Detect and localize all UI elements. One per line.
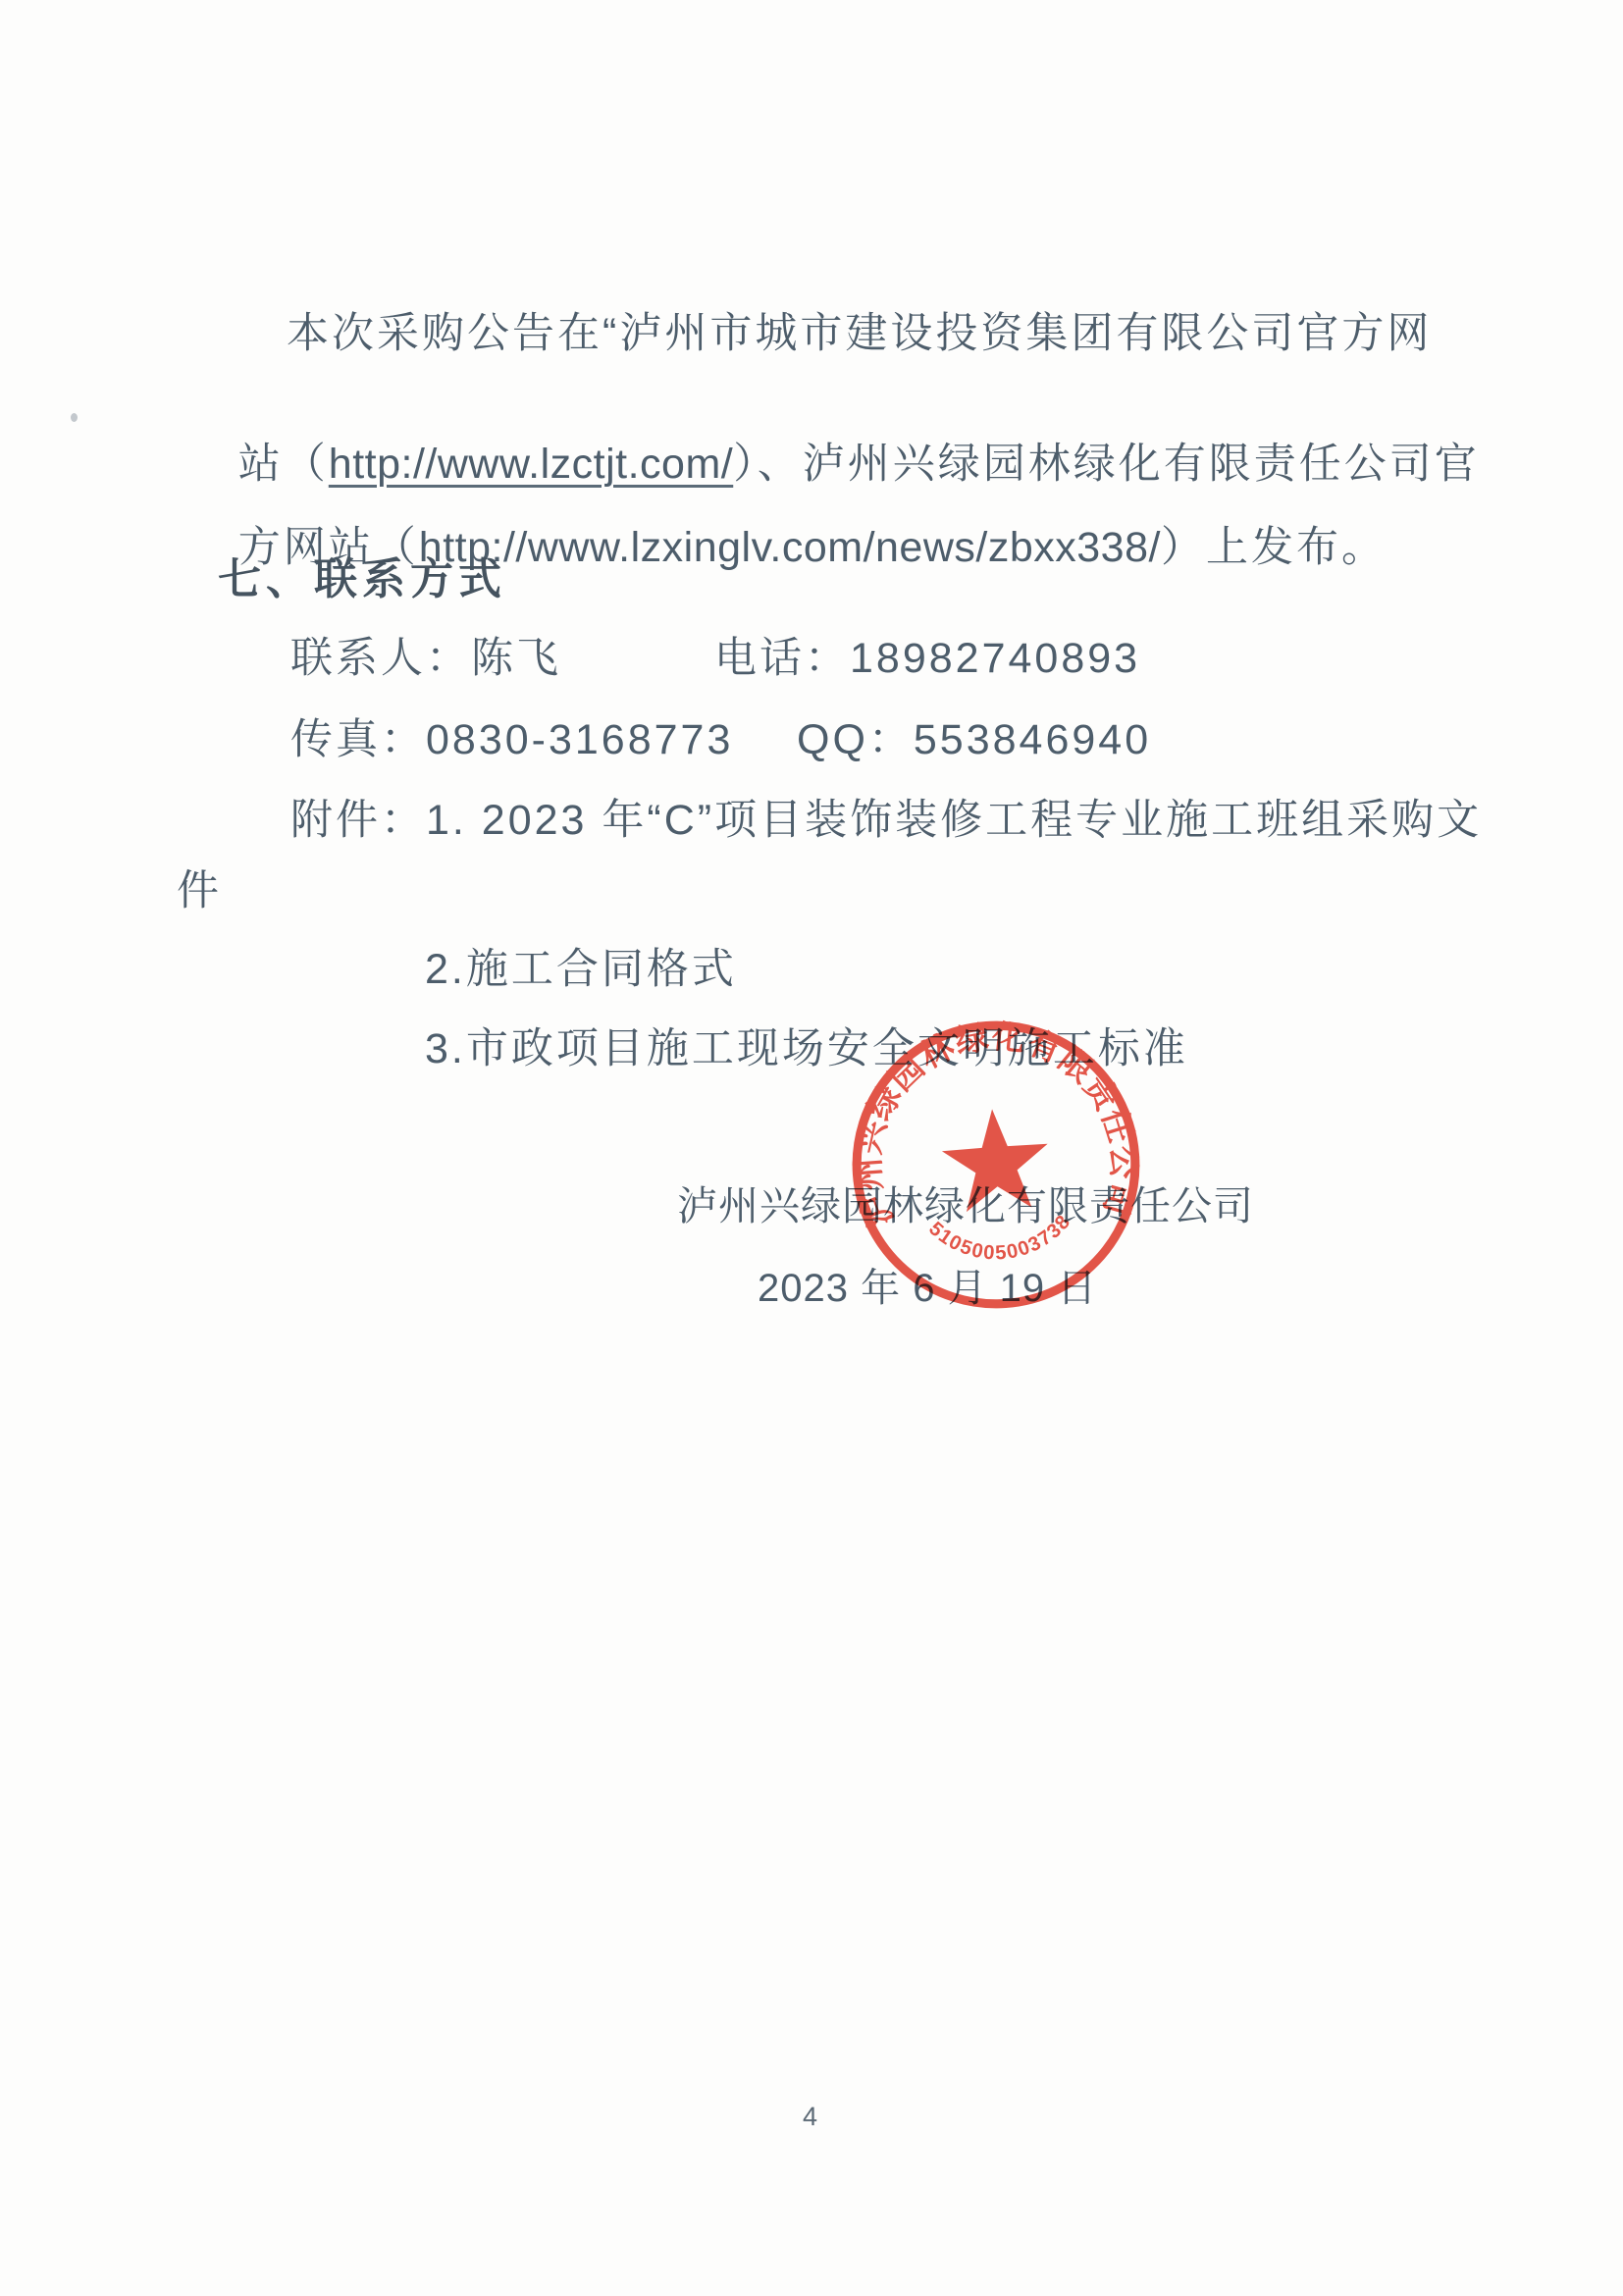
paragraph-line-3-suffix: ）上发布。	[1161, 524, 1387, 571]
seal-star-icon	[939, 1106, 1052, 1214]
attachment-item-1-continuation: 件	[177, 867, 222, 915]
link-lzxinglv-url[interactable]: http://www.lzxinglv.com/news/zbxx338/	[419, 524, 1161, 571]
scan-speck	[71, 413, 78, 422]
seal-graphic: 泸州兴绿园林绿化有限责任公司 5105005003738	[834, 1003, 1159, 1328]
attachment-item-2: 2.施工合同格式	[425, 946, 737, 994]
attachment-item-1: 附件：1. 2023 年“C”项目装饰装修工程专业施工班组采购文	[290, 797, 1482, 845]
contact-fax: 传真：0830-3168773	[290, 716, 733, 764]
contact-qq: QQ：553846940	[797, 716, 1151, 764]
scanned-document-page: 本次采购公告在“泸州市城市建设投资集团有限公司官方网 站（http://www.…	[0, 0, 1623, 2296]
section-heading-contact: 七、联系方式	[218, 555, 506, 605]
company-seal-stamp: 泸州兴绿园林绿化有限责任公司 5105005003738	[834, 1003, 1159, 1328]
contact-person: 联系人：陈飞	[290, 635, 561, 683]
page-number: 4	[803, 2102, 817, 2132]
seal-serial-number: 5105005003738	[923, 1209, 1077, 1270]
paragraph-line-1: 本次采购公告在“泸州市城市建设投资集团有限公司官方网	[287, 310, 1432, 358]
contact-phone: 电话：18982740893	[714, 635, 1140, 683]
